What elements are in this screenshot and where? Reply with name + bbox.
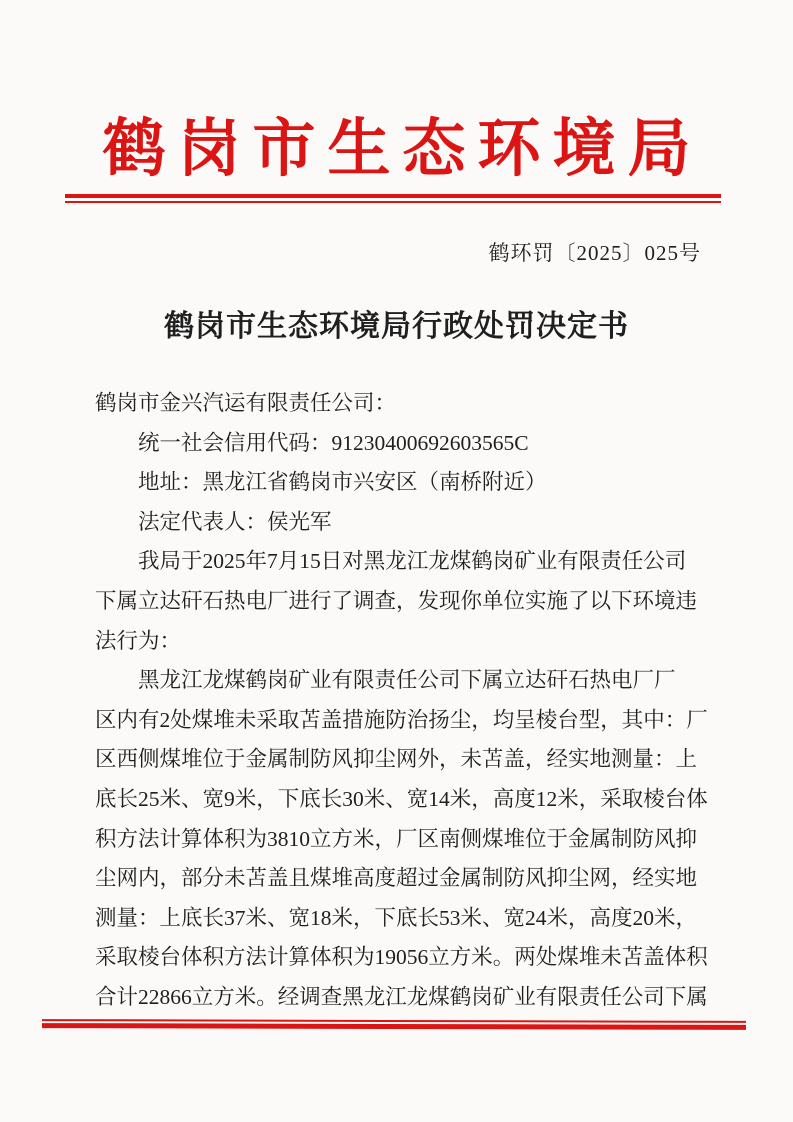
letterhead-divider-thin-line <box>65 201 721 203</box>
body-line: 合计22866立方米。经调查黑龙江龙煤鹤岗矿业有限责任公司下属 <box>95 978 720 1018</box>
body-line-legal-representative: 法定代表人：侯光军 <box>95 503 720 543</box>
body-line-recipient: 鹤岗市金兴汽运有限责任公司： <box>95 384 720 424</box>
body-line: 区西侧煤堆位于金属制防风抑尘网外，未苫盖，经实地测量：上 <box>95 740 720 780</box>
body-line: 尘网内，部分未苫盖且煤堆高度超过金属制防风抑尘网，经实地 <box>95 859 720 899</box>
letterhead-divider <box>65 194 721 203</box>
body-line: 区内有2处煤堆未采取苫盖措施防治扬尘，均呈棱台型，其中：厂 <box>95 701 720 741</box>
document-body: 鹤岗市金兴汽运有限责任公司： 统一社会信用代码：9123040069260356… <box>95 384 720 1018</box>
document-number: 鹤环罚〔2025〕025号 <box>489 237 702 267</box>
body-line: 黑龙江龙煤鹤岗矿业有限责任公司下属立达矸石热电厂厂 <box>95 661 720 701</box>
page-footer-divider <box>42 1019 746 1030</box>
body-line: 采取棱台体积方法计算体积为19056立方米。两处煤堆未苫盖体积 <box>95 938 720 978</box>
official-document-page: 鹤岗市生态环境局 鹤环罚〔2025〕025号 鹤岗市生态环境局行政处罚决定书 鹤… <box>0 0 793 1122</box>
body-line-credit-code: 统一社会信用代码：91230400692603565C <box>95 424 720 464</box>
body-line: 底长25米、宽9米，下底长30米、宽14米，高度12米，采取棱台体 <box>95 780 720 820</box>
letterhead-agency-name: 鹤岗市生态环境局 <box>0 98 793 189</box>
footer-divider-thick-line <box>42 1023 746 1030</box>
body-line: 积方法计算体积为3810立方米，厂区南侧煤堆位于金属制防风抑 <box>95 820 720 860</box>
body-line-address: 地址：黑龙江省鹤岗市兴安区（南桥附近） <box>95 463 720 503</box>
document-title: 鹤岗市生态环境局行政处罚决定书 <box>0 301 793 345</box>
body-line: 我局于2025年7月15日对黑龙江龙煤鹤岗矿业有限责任公司 <box>95 542 720 582</box>
body-line: 下属立达矸石热电厂进行了调查，发现你单位实施了以下环境违 <box>95 582 720 622</box>
body-line: 测量：上底长37米、宽18米，下底长53米、宽24米，高度20米， <box>95 899 720 939</box>
body-line: 法行为： <box>95 622 720 662</box>
